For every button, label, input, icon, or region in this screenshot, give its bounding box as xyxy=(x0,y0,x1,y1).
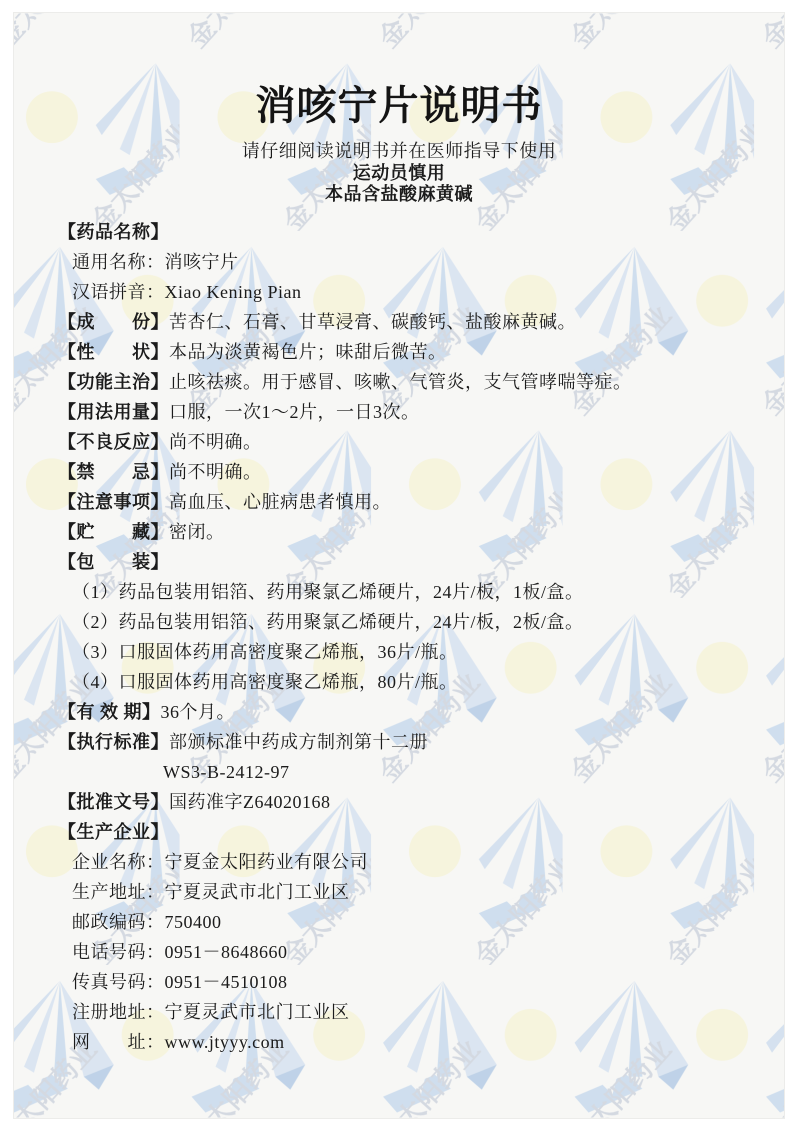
section-label: 【不良反应】 xyxy=(58,432,169,452)
section-label: 【性 状】 xyxy=(58,342,169,362)
section-label: 【有 效 期】 xyxy=(58,702,161,722)
section-label: 【注意事项】 xyxy=(58,492,169,512)
section-text: 止咳祛痰。用于感冒、咳嗽、气管炎，支气管哮喘等症。 xyxy=(169,372,632,392)
doc-line: WS3-B-2412-97 xyxy=(58,757,748,787)
section-label: 【批准文号】 xyxy=(58,792,169,812)
section-text: 尚不明确。 xyxy=(169,462,262,482)
section-label: 【包 装】 xyxy=(58,552,169,572)
section-text: 尚不明确。 xyxy=(169,432,262,452)
athlete-warning: 运动员慎用 xyxy=(14,163,784,184)
doc-line: 【功能主治】止咳祛痰。用于感冒、咳嗽、气管炎，支气管哮喘等症。 xyxy=(58,367,748,397)
section-text: 苦杏仁、石膏、甘草浸膏、碳酸钙、盐酸麻黄碱。 xyxy=(169,312,576,332)
doc-line: 邮政编码：750400 xyxy=(58,907,748,937)
ephedrine-content-warning: 本品含盐酸麻黄碱 xyxy=(14,184,784,205)
section-text: 企业名称：宁夏金太阳药业有限公司 xyxy=(72,852,368,872)
section-text: （3）口服固体药用高密度聚乙烯瓶，36片/瓶。 xyxy=(72,642,458,662)
section-text: 通用名称：消咳宁片 xyxy=(72,252,239,272)
section-text: （1）药品包装用铝箔、药用聚氯乙烯硬片，24片/板，1板/盒。 xyxy=(72,582,584,602)
doc-line: （4）口服固体药用高密度聚乙烯瓶，80片/瓶。 xyxy=(58,667,748,697)
section-text: （2）药品包装用铝箔、药用聚氯乙烯硬片，24片/板，2板/盒。 xyxy=(72,612,584,632)
doc-line: 生产地址：宁夏灵武市北门工业区 xyxy=(58,877,748,907)
doc-line: 网 址：www.jtyyy.com xyxy=(58,1027,748,1057)
section-text: 传真号码：0951－4510108 xyxy=(72,972,288,992)
leaflet-body: 【药品名称】通用名称：消咳宁片汉语拼音：Xiao Kening Pian【成 份… xyxy=(14,217,784,1057)
doc-line: 传真号码：0951－4510108 xyxy=(58,967,748,997)
doc-line: 【执行标准】部颁标准中药成方制剂第十二册 xyxy=(58,727,748,757)
doc-line: 【贮 藏】密闭。 xyxy=(58,517,748,547)
section-text: 部颁标准中药成方制剂第十二册 xyxy=(169,732,428,752)
section-text: 网 址：www.jtyyy.com xyxy=(72,1032,285,1052)
section-text: 密闭。 xyxy=(169,522,225,542)
doc-line: 【有 效 期】36个月。 xyxy=(58,697,748,727)
section-label: 【贮 藏】 xyxy=(58,522,169,542)
doc-line: 【注意事项】高血压、心脏病患者慎用。 xyxy=(58,487,748,517)
doc-line: 通用名称：消咳宁片 xyxy=(58,247,748,277)
section-text: 汉语拼音：Xiao Kening Pian xyxy=(72,282,301,302)
section-text: 36个月。 xyxy=(161,702,236,722)
doc-line: 【药品名称】 xyxy=(58,217,748,247)
doc-line: 注册地址：宁夏灵武市北门工业区 xyxy=(58,997,748,1027)
section-text: 高血压、心脏病患者慎用。 xyxy=(169,492,391,512)
section-text: 国药准字Z64020168 xyxy=(169,792,331,812)
doc-line: 【不良反应】尚不明确。 xyxy=(58,427,748,457)
doc-line: （3）口服固体药用高密度聚乙烯瓶，36片/瓶。 xyxy=(58,637,748,667)
doc-line: 【批准文号】国药准字Z64020168 xyxy=(58,787,748,817)
leaflet-page: 金太阳药业 金太阳药业 消咳宁片说明书 请仔细阅读说明书并在医师指导下使用 运动… xyxy=(13,12,785,1119)
section-text: WS3-B-2412-97 xyxy=(163,762,290,782)
doc-line: 企业名称：宁夏金太阳药业有限公司 xyxy=(58,847,748,877)
section-text: 本品为淡黄褐色片；味甜后微苦。 xyxy=(169,342,447,362)
section-text: 邮政编码：750400 xyxy=(72,912,222,932)
section-label: 【禁 忌】 xyxy=(58,462,169,482)
doc-line: 【成 份】苦杏仁、石膏、甘草浸膏、碳酸钙、盐酸麻黄碱。 xyxy=(58,307,748,337)
page-background: 金太阳药业 金太阳药业 消咳宁片说明书 请仔细阅读说明书并在医师指导下使用 运动… xyxy=(0,0,800,1132)
section-text: 生产地址：宁夏灵武市北门工业区 xyxy=(72,882,350,902)
section-label: 【功能主治】 xyxy=(58,372,169,392)
section-label: 【执行标准】 xyxy=(58,732,169,752)
section-text: 口服，一次1～2片，一日3次。 xyxy=(169,402,420,422)
doc-line: 【性 状】本品为淡黄褐色片；味甜后微苦。 xyxy=(58,337,748,367)
section-label: 【成 份】 xyxy=(58,312,169,332)
section-label: 【药品名称】 xyxy=(58,222,169,242)
doc-line: 【用法用量】口服，一次1～2片，一日3次。 xyxy=(58,397,748,427)
read-instructions-note: 请仔细阅读说明书并在医师指导下使用 xyxy=(14,139,784,163)
doc-line: 汉语拼音：Xiao Kening Pian xyxy=(58,277,748,307)
doc-line: 【生产企业】 xyxy=(58,817,748,847)
section-label: 【用法用量】 xyxy=(58,402,169,422)
doc-line: 【禁 忌】尚不明确。 xyxy=(58,457,748,487)
section-text: （4）口服固体药用高密度聚乙烯瓶，80片/瓶。 xyxy=(72,672,458,692)
doc-line: （2）药品包装用铝箔、药用聚氯乙烯硬片，24片/板，2板/盒。 xyxy=(58,607,748,637)
section-text: 注册地址：宁夏灵武市北门工业区 xyxy=(72,1002,350,1022)
section-label: 【生产企业】 xyxy=(58,822,169,842)
page-title: 消咳宁片说明书 xyxy=(14,83,784,129)
doc-line: 【包 装】 xyxy=(58,547,748,577)
doc-line: 电话号码：0951－8648660 xyxy=(58,937,748,967)
leaflet-content: 消咳宁片说明书 请仔细阅读说明书并在医师指导下使用 运动员慎用 本品含盐酸麻黄碱… xyxy=(14,13,784,1057)
section-text: 电话号码：0951－8648660 xyxy=(72,942,288,962)
doc-line: （1）药品包装用铝箔、药用聚氯乙烯硬片，24片/板，1板/盒。 xyxy=(58,577,748,607)
